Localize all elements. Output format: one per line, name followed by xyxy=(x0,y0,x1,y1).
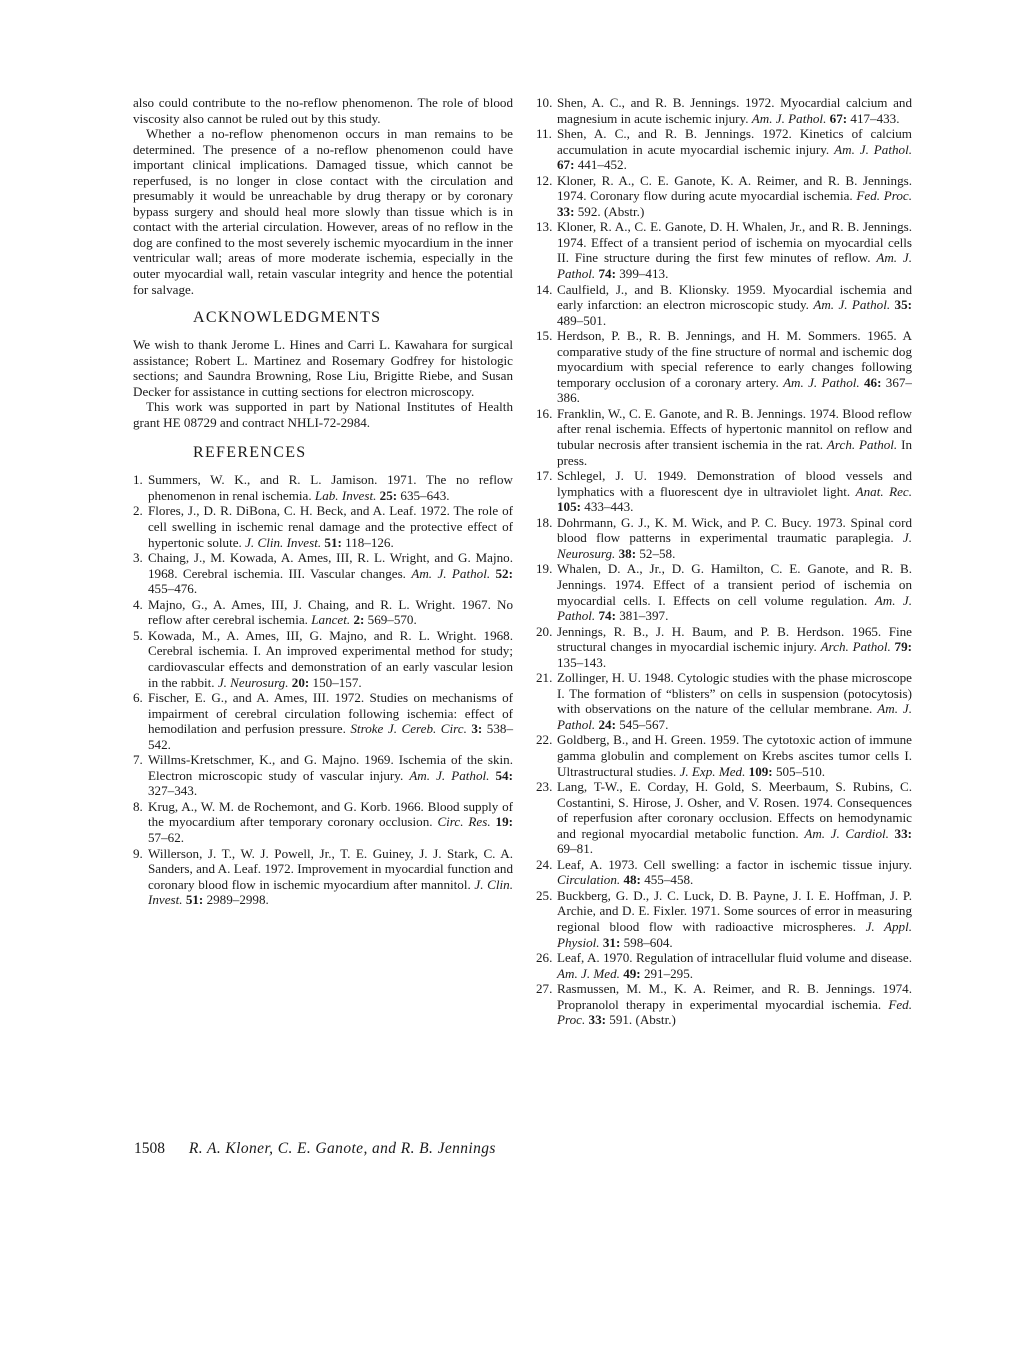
body-paragraph: Whether a no-reflow phenomenon occurs in… xyxy=(133,126,513,297)
reference-volume: 25: xyxy=(380,488,397,503)
reference-number: 6. xyxy=(133,690,143,706)
reference-pages: 57–62. xyxy=(148,830,184,845)
reference-volume: 67: xyxy=(830,111,847,126)
reference-number: 22. xyxy=(536,732,552,748)
reference-volume: 49: xyxy=(623,966,640,981)
reference-pages: 455–458. xyxy=(644,872,693,887)
reference-item: 24.Leaf, A. 1973. Cell swelling: a facto… xyxy=(536,857,912,888)
reference-item: 17.Schlegel, J. U. 1949. Demonstration o… xyxy=(536,468,912,515)
reference-item: 8.Krug, A., W. M. de Rochemont, and G. K… xyxy=(133,799,513,846)
reference-volume: 51: xyxy=(324,535,341,550)
reference-journal: Am. J. Pathol. xyxy=(834,142,912,157)
reference-volume: 33: xyxy=(589,1012,606,1027)
left-column: also could contribute to the no-reflow p… xyxy=(133,95,513,908)
reference-volume: 74: xyxy=(598,608,615,623)
reference-number: 9. xyxy=(133,846,143,862)
funding-paragraph: This work was supported in part by Natio… xyxy=(133,399,513,430)
reference-list-left: 1.Summers, W. K., and R. L. Jamison. 197… xyxy=(133,472,513,907)
reference-pages: 135–143. xyxy=(557,655,606,670)
reference-pages: 381–397. xyxy=(619,608,668,623)
reference-journal: Arch. Pathol. xyxy=(821,639,891,654)
reference-journal: Lancet. xyxy=(311,612,350,627)
references-heading: REFERENCES xyxy=(133,444,513,462)
reference-item: 3.Chaing, J., M. Kowada, A. Ames, III, R… xyxy=(133,550,513,597)
reference-journal: J. Neurosurg. xyxy=(218,675,289,690)
right-column: 10.Shen, A. C., and R. B. Jennings. 1972… xyxy=(536,95,912,1028)
reference-volume: 109: xyxy=(749,764,773,779)
reference-item: 25.Buckberg, G. D., J. C. Luck, D. B. Pa… xyxy=(536,888,912,950)
reference-volume: 33: xyxy=(895,826,912,841)
reference-number: 5. xyxy=(133,628,143,644)
reference-item: 19.Whalen, D. A., Jr., D. G. Hamilton, C… xyxy=(536,561,912,623)
reference-pages: 592. (Abstr.) xyxy=(578,204,645,219)
reference-pages: 545–567. xyxy=(619,717,668,732)
reference-number: 8. xyxy=(133,799,143,815)
reference-item: 7.Willms-Kretschmer, K., and G. Majno. 1… xyxy=(133,752,513,799)
reference-item: 1.Summers, W. K., and R. L. Jamison. 197… xyxy=(133,472,513,503)
page-footer: 1508 R. A. Kloner, C. E. Ganote, and R. … xyxy=(134,1140,496,1158)
reference-volume: 19: xyxy=(496,814,513,829)
reference-journal: Am. J. Pathol. xyxy=(409,768,489,783)
running-authors: R. A. Kloner, C. E. Ganote, and R. B. Je… xyxy=(189,1140,496,1157)
reference-journal: Am. J. Cardiol. xyxy=(804,826,889,841)
reference-pages: 69–81. xyxy=(557,841,593,856)
reference-number: 25. xyxy=(536,888,552,904)
reference-number: 26. xyxy=(536,950,552,966)
reference-pages: 291–295. xyxy=(644,966,693,981)
reference-number: 14. xyxy=(536,282,552,298)
reference-number: 15. xyxy=(536,328,552,344)
reference-pages: 433–443. xyxy=(584,499,633,514)
reference-journal: Am. J. Pathol. xyxy=(752,111,827,126)
reference-item: 12.Kloner, R. A., C. E. Ganote, K. A. Re… xyxy=(536,173,912,220)
reference-item: 20.Jennings, R. B., J. H. Baum, and P. B… xyxy=(536,624,912,671)
reference-volume: 46: xyxy=(864,375,881,390)
reference-volume: 105: xyxy=(557,499,581,514)
reference-number: 2. xyxy=(133,503,143,519)
reference-text: Kloner, R. A., C. E. Ganote, D. H. Whale… xyxy=(557,219,912,265)
reference-text: Leaf, A. 1973. Cell swelling: a factor i… xyxy=(557,857,912,872)
reference-journal: Circ. Res. xyxy=(437,814,490,829)
reference-text: Willerson, J. T., W. J. Powell, Jr., T. … xyxy=(148,846,513,892)
reference-number: 7. xyxy=(133,752,143,768)
reference-item: 13.Kloner, R. A., C. E. Ganote, D. H. Wh… xyxy=(536,219,912,281)
reference-number: 13. xyxy=(536,219,552,235)
reference-text: Rasmussen, M. M., K. A. Reimer, and R. B… xyxy=(557,981,912,1012)
reference-pages: 2989–2998. xyxy=(207,892,269,907)
reference-number: 20. xyxy=(536,624,552,640)
reference-volume: 35: xyxy=(895,297,912,312)
reference-item: 15.Herdson, P. B., R. B. Jennings, and H… xyxy=(536,328,912,406)
reference-item: 9.Willerson, J. T., W. J. Powell, Jr., T… xyxy=(133,846,513,908)
reference-item: 23.Lang, T-W., E. Corday, H. Gold, S. Me… xyxy=(536,779,912,857)
reference-volume: 33: xyxy=(557,204,574,219)
reference-item: 27.Rasmussen, M. M., K. A. Reimer, and R… xyxy=(536,981,912,1028)
reference-pages: 150–157. xyxy=(313,675,362,690)
reference-pages: 441–452. xyxy=(578,157,627,172)
reference-number: 17. xyxy=(536,468,552,484)
reference-journal: Circulation. xyxy=(557,872,620,887)
reference-volume: 20: xyxy=(292,675,309,690)
reference-number: 27. xyxy=(536,981,552,997)
page-number: 1508 xyxy=(134,1140,185,1158)
reference-pages: 118–126. xyxy=(345,535,394,550)
reference-number: 21. xyxy=(536,670,552,686)
acknowledgments-heading: ACKNOWLEDGMENTS xyxy=(133,309,513,327)
reference-item: 21.Zollinger, H. U. 1948. Cytologic stud… xyxy=(536,670,912,732)
reference-volume: 3: xyxy=(471,721,482,736)
reference-volume: 51: xyxy=(186,892,203,907)
reference-journal: J. Clin. Invest. xyxy=(245,535,321,550)
reference-number: 12. xyxy=(536,173,552,189)
reference-item: 6.Fischer, E. G., and A. Ames, III. 1972… xyxy=(133,690,513,752)
reference-pages: 417–433. xyxy=(850,111,899,126)
reference-item: 14.Caulfield, J., and B. Klionsky. 1959.… xyxy=(536,282,912,329)
reference-journal: Lab. Invest. xyxy=(315,488,376,503)
reference-journal: Am. J. Pathol. xyxy=(783,375,860,390)
reference-journal: Arch. Pathol. xyxy=(827,437,897,452)
reference-item: 26.Leaf, A. 1970. Regulation of intracel… xyxy=(536,950,912,981)
reference-volume: 74: xyxy=(598,266,615,281)
reference-pages: 489–501. xyxy=(557,313,606,328)
reference-number: 11. xyxy=(536,126,552,142)
reference-item: 22.Goldberg, B., and H. Green. 1959. The… xyxy=(536,732,912,779)
reference-pages: 455–476. xyxy=(148,581,197,596)
reference-pages: 635–643. xyxy=(400,488,449,503)
reference-journal: Am. J. Pathol. xyxy=(813,297,890,312)
acknowledgments-paragraph: We wish to thank Jerome L. Hines and Car… xyxy=(133,337,513,399)
reference-pages: 591. (Abstr.) xyxy=(609,1012,676,1027)
reference-number: 10. xyxy=(536,95,552,111)
reference-item: 2.Flores, J., D. R. DiBona, C. H. Beck, … xyxy=(133,503,513,550)
reference-pages: 399–413. xyxy=(619,266,668,281)
reference-text: Zollinger, H. U. 1948. Cytologic studies… xyxy=(557,670,912,716)
reference-volume: 38: xyxy=(619,546,636,561)
reference-number: 19. xyxy=(536,561,552,577)
reference-item: 4.Majno, G., A. Ames, III, J. Chaing, an… xyxy=(133,597,513,628)
reference-number: 4. xyxy=(133,597,143,613)
reference-item: 18.Dohrmann, G. J., K. M. Wick, and P. C… xyxy=(536,515,912,562)
reference-item: 10.Shen, A. C., and R. B. Jennings. 1972… xyxy=(536,95,912,126)
reference-volume: 2: xyxy=(353,612,364,627)
reference-journal: Fed. Proc. xyxy=(856,188,912,203)
reference-number: 18. xyxy=(536,515,552,531)
reference-item: 5.Kowada, M., A. Ames, III, G. Majno, an… xyxy=(133,628,513,690)
reference-volume: 79: xyxy=(895,639,912,654)
reference-volume: 24: xyxy=(598,717,615,732)
reference-volume: 52: xyxy=(496,566,513,581)
reference-pages: 327–343. xyxy=(148,783,197,798)
reference-pages: 505–510. xyxy=(776,764,825,779)
reference-number: 23. xyxy=(536,779,552,795)
reference-pages: 598–604. xyxy=(624,935,673,950)
reference-journal: Stroke J. Cereb. Circ. xyxy=(350,721,466,736)
reference-volume: 48: xyxy=(623,872,640,887)
reference-number: 3. xyxy=(133,550,143,566)
reference-number: 1. xyxy=(133,472,143,488)
reference-journal: Am. J. Med. xyxy=(557,966,620,981)
reference-volume: 67: xyxy=(557,157,574,172)
reference-pages: 569–570. xyxy=(368,612,417,627)
reference-number: 16. xyxy=(536,406,552,422)
reference-list-right: 10.Shen, A. C., and R. B. Jennings. 1972… xyxy=(536,95,912,1028)
reference-journal: Anat. Rec. xyxy=(856,484,912,499)
reference-text: Buckberg, G. D., J. C. Luck, D. B. Payne… xyxy=(557,888,912,934)
reference-volume: 31: xyxy=(603,935,620,950)
reference-text: Dohrmann, G. J., K. M. Wick, and P. C. B… xyxy=(557,515,912,546)
reference-text: Whalen, D. A., Jr., D. G. Hamilton, C. E… xyxy=(557,561,912,607)
reference-item: 16.Franklin, W., C. E. Ganote, and R. B.… xyxy=(536,406,912,468)
body-paragraph: also could contribute to the no-reflow p… xyxy=(133,95,513,126)
reference-volume: 54: xyxy=(496,768,513,783)
reference-text: Leaf, A. 1970. Regulation of intracellul… xyxy=(557,950,912,965)
reference-journal: J. Exp. Med. xyxy=(680,764,746,779)
reference-pages: 52–58. xyxy=(639,546,675,561)
reference-journal: Am. J. Pathol. xyxy=(411,566,490,581)
reference-item: 11.Shen, A. C., and R. B. Jennings. 1972… xyxy=(536,126,912,173)
reference-number: 24. xyxy=(536,857,552,873)
